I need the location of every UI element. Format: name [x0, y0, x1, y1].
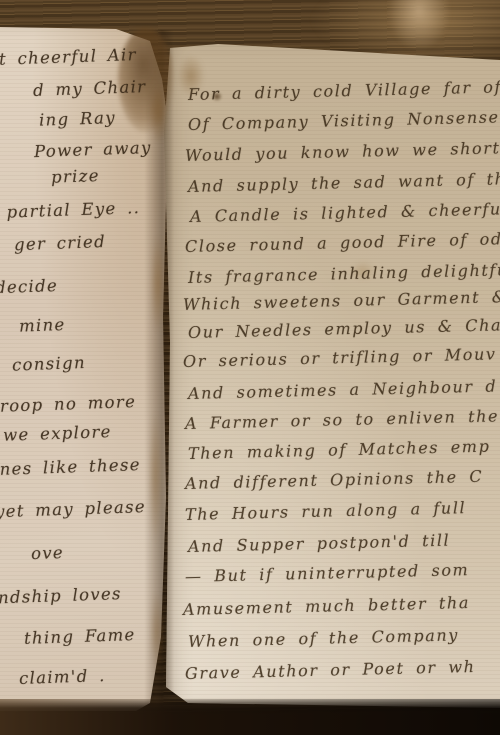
- manuscript-line: thing Fame: [24, 625, 136, 648]
- manuscript-line: we explore: [3, 422, 112, 445]
- manuscript-line: ing Ray: [39, 108, 116, 130]
- manuscript-line: mine: [19, 315, 66, 336]
- table-edge-shadow: [0, 699, 500, 735]
- manuscript-line: d my Chair: [32, 77, 146, 100]
- manuscript-line: ove: [31, 543, 65, 563]
- manuscript-line: prize: [51, 166, 100, 187]
- stain-blob: [150, 592, 164, 672]
- stain-blob: [151, 236, 165, 332]
- manuscript-line: decide: [0, 276, 58, 297]
- wood-worn-patch: [388, 0, 450, 50]
- manuscript-line: claim'd .: [19, 666, 106, 688]
- stain-blob: [150, 86, 168, 142]
- manuscript-photo: t cheerful Air d my Chair ing Ray Power …: [0, 0, 500, 735]
- stain-blob: [149, 412, 162, 542]
- manuscript-line: ger cried: [14, 232, 107, 254]
- manuscript-line: consign: [12, 353, 86, 375]
